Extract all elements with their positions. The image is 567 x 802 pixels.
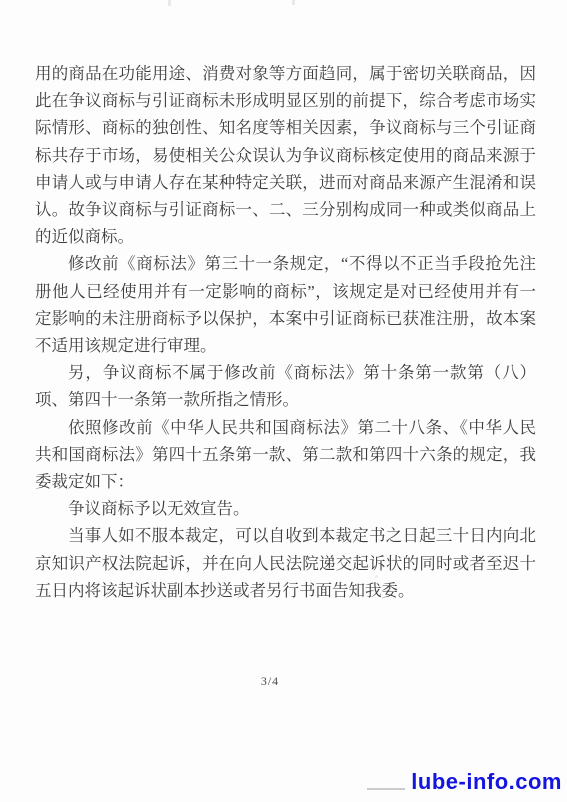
paragraph-similar-goods-conclusion: 用的商品在功能用途、消费对象等方面趋同，属于密切关联商品，因此在争议商标与引证商… [35, 60, 536, 250]
paragraph-ruling-basis: 依照修改前《中华人民共和国商标法》第二十八条、《中华人民共和国商标法》第四十五条… [35, 414, 536, 496]
page-number: 3/4 [240, 674, 300, 689]
paragraph-article-10-41-analysis: 另，争议商标不属于修改前《商标法》第十条第一款第（八）项、第四十一条第一款所指之… [35, 359, 536, 413]
scan-artifact [168, 0, 171, 6]
document-body: 用的商品在功能用途、消费对象等方面趋同，属于密切关联商品，因此在争议商标与引证商… [35, 60, 536, 604]
scan-line-artifact [367, 788, 405, 790]
scanned-document-page: 用的商品在功能用途、消费对象等方面趋同，属于密切关联商品，因此在争议商标与引证商… [0, 0, 567, 802]
watermark-site-text: lube-info.com [411, 769, 562, 795]
scan-artifact [292, 0, 295, 5]
paragraph-ruling-result: 争议商标予以无效宣告。 [35, 495, 536, 522]
paragraph-appeal-notice: 当事人如不服本裁定，可以自收到本裁定书之日起三十日内向北京知识产权法院起诉，并在… [35, 522, 536, 604]
paragraph-article-31-analysis: 修改前《商标法》第三十一条规定，“不得以不正当手段抢先注册他人已经使用并有一定影… [35, 250, 536, 359]
